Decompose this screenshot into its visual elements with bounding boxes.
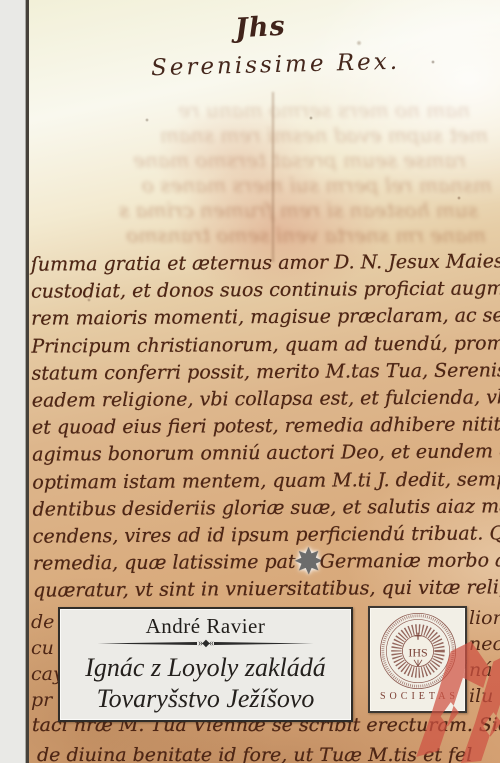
manuscript-line: optimam istam mentem, quam M.ti J. dedit…	[32, 466, 500, 496]
manuscript-line: quæratur, vt sint in vniuersitatibus, qu…	[33, 575, 500, 605]
manuscript-line: statum conferri possit, merito M.tas Tua…	[32, 357, 500, 387]
salutation-text: Serenissime Rex.	[151, 49, 401, 82]
title-plate: André Ravier »◆« Ignác z Loyoly zakládá …	[58, 607, 353, 722]
manuscript-fragment: nece	[469, 631, 500, 657]
author-name: André Ravier	[60, 614, 351, 639]
ihs-monogram-handwritten: Jhs	[234, 11, 286, 45]
manuscript-line: Principum christianorum, quam ad tuendú,…	[31, 330, 500, 360]
divider-line-right	[214, 642, 314, 645]
divider-center-glyph: »◆«	[198, 639, 213, 648]
book-title-line2: Tovaryšstvo Ježíšovo	[60, 683, 351, 714]
bleedthrough-line: met supm evad nesmi rem snam	[31, 123, 496, 148]
manuscript-line: remedia, quæ latissime pat ✸ Germaniæ mo…	[33, 548, 500, 578]
manuscript-line: et quoad eius fieri potest, remedia adhi…	[32, 412, 500, 442]
seal-monogram: IHS	[408, 646, 427, 660]
manuscript-right-fragments: lior nece ná ilu	[469, 605, 500, 709]
manuscript-text: ſumma gratia et æternus amor D. N. Jesux…	[31, 248, 500, 605]
bleedthrough-line: nam no mers sermo manu re	[31, 98, 496, 123]
manuscript-fragment: lior	[469, 605, 500, 631]
manuscript-line: rem maioris momenti, magisue præclaram, …	[31, 303, 500, 333]
bleedthrough-line: mane rm snerta veni semo transmo	[31, 223, 496, 248]
manuscript-fragment: ilu	[469, 683, 500, 709]
divider-line-left	[98, 642, 198, 645]
bleedthrough-line: ramse seum presat tersmo mane	[31, 148, 496, 173]
seal-caption: SOCIETAS	[376, 691, 459, 702]
fold-line	[272, 92, 274, 262]
bleedthrough-text: nam no mers sermo manu re met supm evad …	[31, 98, 496, 248]
manuscript-page: nam no mers sermo manu re met supm evad …	[26, 0, 500, 763]
manuscript-fragment: ná	[469, 657, 500, 683]
manuscript-line: custodiat, et donos suos continuis profi…	[31, 276, 500, 306]
book-cover-scan: nam no mers sermo manu re met supm evad …	[0, 0, 500, 763]
manuscript-line: agimus bonorum omniú auctori Deo, et eun…	[32, 439, 500, 469]
divider-ornament: »◆«	[98, 639, 314, 648]
manuscript-line-segment: Germaniæ morbo adhibend	[320, 547, 500, 576]
manuscript-line-segment: remedia, quæ latissime pat	[33, 549, 296, 578]
jesuit-seal-plate: IHS SOCIETAS	[368, 606, 467, 713]
manuscript-line: dentibus desideriis gloriæ suæ, et salut…	[32, 493, 500, 523]
book-title-line1: Ignác z Loyoly zakládá	[60, 652, 351, 683]
bleedthrough-line: msnam rel perm sui mers manes o	[31, 173, 496, 198]
manuscript-line: de diuina benitate id fore, ut Tuæ M.tis…	[37, 744, 472, 763]
manuscript-line: eadem religione, vbi collapsa est, et fu…	[32, 384, 500, 414]
bleedthrough-line: sum hostean si rem frumen crima s	[31, 198, 496, 223]
ihs-seal-icon: IHS	[378, 611, 458, 691]
manuscript-line: ſumma gratia et æternus amor D. N. Jesux…	[31, 248, 500, 278]
manuscript-line: cendens, vires ad id ipsum perficiendú t…	[33, 520, 500, 550]
